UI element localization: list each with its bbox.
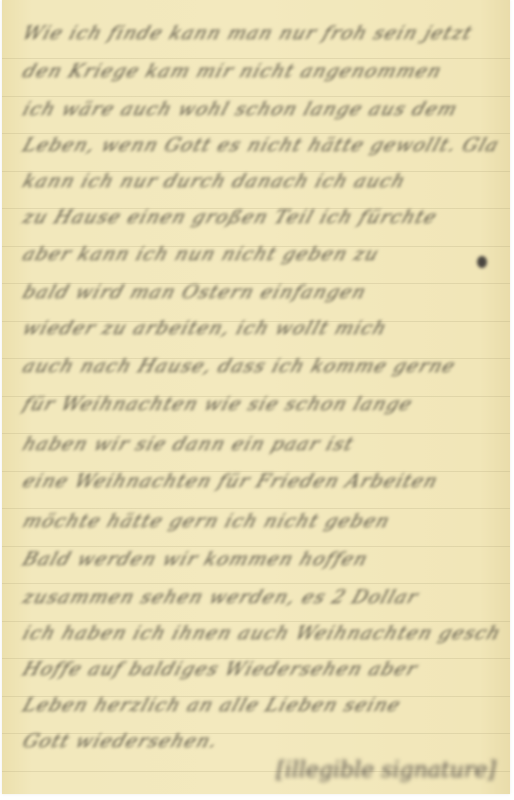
ruled-line (2, 546, 510, 547)
handwritten-line: kann ich nur durch danach ich auch (20, 170, 503, 192)
handwritten-line: eine Weihnachten für Frieden Arbeiten (20, 470, 503, 492)
handwritten-line: Wie ich finde kann man nur froh sein jet… (20, 22, 503, 44)
ruled-line (2, 58, 510, 59)
handwritten-line: für Weihnachten wie sie schon lange (20, 393, 503, 415)
handwritten-line: ich wäre auch wohl schon lange aus dem (20, 98, 503, 120)
handwritten-line: aber kann ich nun nicht geben zu (20, 243, 503, 265)
handwritten-line: den Kriege kam mir nicht angenommen (20, 60, 503, 82)
handwritten-line: auch nach Hause, dass ich komme gerne (20, 355, 503, 377)
handwritten-line: zu Hause einen großen Teil ich fürchte (20, 206, 503, 228)
handwritten-line: Bald werden wir kommen hoffen (20, 548, 503, 570)
ruled-line (2, 96, 510, 97)
handwritten-line: haben wir sie dann ein paar ist (20, 433, 503, 455)
ruled-line (2, 508, 510, 509)
ink-blot (477, 256, 487, 268)
handwritten-line: Leben, wenn Gott es nicht hätte gewollt.… (20, 134, 503, 156)
handwritten-line: möchte hätte gern ich nicht geben (20, 510, 503, 532)
handwritten-line: ich haben ich ihnen auch Weihnachten ges… (20, 622, 503, 644)
handwritten-line: Leben herzlich an alle Lieben seine (20, 694, 503, 716)
handwritten-line: Hoffe auf baldiges Wiedersehen aber (20, 658, 503, 680)
signature: [illegible signature] (276, 758, 496, 783)
handwritten-line: bald wird man Ostern einfangen (20, 281, 503, 303)
handwritten-line: wieder zu arbeiten, ich wollt mich (20, 317, 503, 339)
ruled-line (2, 583, 510, 584)
letter-page: Wie ich finde kann man nur froh sein jet… (2, 0, 510, 794)
handwritten-line: zusammen sehen werden, es 2 Dollar (20, 586, 503, 608)
handwritten-line: Gott wiedersehen. (20, 730, 503, 752)
